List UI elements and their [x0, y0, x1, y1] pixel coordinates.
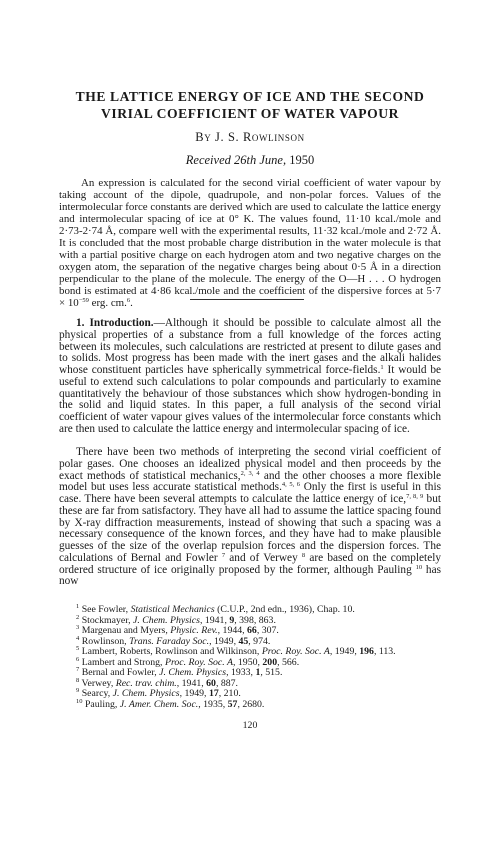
- footnote-authors: See Fowler,: [82, 604, 131, 615]
- footnote-pages: , 307.: [257, 625, 279, 636]
- footnote-year: , 1949,: [180, 688, 209, 699]
- footnote-authors: Lambert and Strong,: [82, 657, 165, 668]
- footnote-year: , 1949,: [330, 646, 359, 657]
- footnote-authors: Searcy,: [82, 688, 113, 699]
- received-label: Received 26th June,: [186, 153, 286, 167]
- footnote-number: 6: [76, 656, 79, 663]
- abstract-exponent: −59: [79, 297, 89, 304]
- page-number: 120: [0, 720, 500, 731]
- footnote-year: , 1935,: [198, 699, 227, 710]
- footnote-source: J. Chem. Physics: [159, 667, 226, 678]
- footnote-authors: Rowlinson,: [82, 636, 129, 647]
- footnote-number: 5: [76, 645, 79, 652]
- article-title-line-2: VIRIAL COEFFICIENT OF WATER VAPOUR: [101, 106, 399, 121]
- footnote-volume: 66: [247, 625, 257, 636]
- footnote-year: (C.U.P., 2nd edn., 1936), Chap. 10.: [215, 604, 355, 615]
- received-year: 1950: [289, 153, 314, 167]
- footnote-pages: , 566.: [277, 657, 299, 668]
- reference-marker: 4, 5, 6: [282, 481, 300, 488]
- footnotes-list: 1 See Fowler, Statistical Mechanics (C.U…: [59, 605, 441, 710]
- footnote-year: , 1941,: [177, 678, 206, 689]
- footnote-year: , 1949,: [209, 636, 238, 647]
- article-title: THE LATTICE ENERGY OF ICE AND THE SECOND…: [40, 88, 460, 122]
- footnote-number: 2: [76, 614, 79, 621]
- footnote-number: 1: [76, 603, 79, 610]
- footnote-year: , 1950,: [233, 657, 262, 668]
- footnote-volume: 200: [262, 657, 277, 668]
- author-byline: By J. S. Rowlinson: [40, 130, 460, 145]
- footnote-pages: , 887.: [216, 678, 238, 689]
- footnote-year: , 1941,: [200, 615, 229, 626]
- reference-marker: 7, 8, 9: [406, 493, 423, 500]
- body-paragraph-2: There have been two methods of interpret…: [59, 447, 441, 588]
- footnote-number: 3: [76, 624, 79, 631]
- footnote-volume: 45: [238, 636, 248, 647]
- article-title-line-1: THE LATTICE ENERGY OF ICE AND THE SECOND: [76, 89, 425, 104]
- footnote-authors: Stockmayer,: [82, 615, 133, 626]
- footnote-source: Proc. Roy. Soc. A: [165, 657, 233, 668]
- footnote-number: 9: [76, 687, 79, 694]
- section-divider: [190, 299, 304, 300]
- body-paragraph-1: 1. Introduction.—Although it should be p…: [59, 318, 441, 436]
- footnote-year: , 1933,: [226, 667, 255, 678]
- footnote-authors: Verwey,: [82, 678, 116, 689]
- journal-page: THE LATTICE ENERGY OF ICE AND THE SECOND…: [0, 0, 500, 841]
- footnote-source: J. Chem. Physics: [113, 688, 180, 699]
- footnote-volume: 60: [206, 678, 216, 689]
- footnote-source: Rec. trav. chim.: [116, 678, 177, 689]
- received-date: Received 26th June, 1950: [40, 153, 460, 168]
- footnote-authors: Margenau and Myers,: [82, 625, 171, 636]
- paragraph-text: and of Verwey: [225, 552, 302, 564]
- footnote-pages: , 515.: [260, 667, 282, 678]
- footnote-number: 10: [76, 698, 83, 705]
- footnote-source: Proc. Roy. Soc. A: [262, 646, 330, 657]
- footnote-source: Physic. Rev.: [170, 625, 217, 636]
- footnote-year: , 1944,: [218, 625, 247, 636]
- footnote-pages: , 2680.: [237, 699, 264, 710]
- footnote-authors: Lambert, Roberts, Rowlinson and Wilkinso…: [82, 646, 262, 657]
- footnote-authors: Pauling,: [85, 699, 120, 710]
- footnote-pages: , 210.: [219, 688, 241, 699]
- footnote-source: J. Chem. Physics: [133, 615, 200, 626]
- footnote-item: 10 Pauling, J. Amer. Chem. Soc., 1935, 5…: [59, 700, 441, 711]
- footnote-number: 4: [76, 635, 79, 642]
- footnote-source: Trans. Faraday Soc.: [129, 636, 209, 647]
- footnote-pages: , 398, 863.: [234, 615, 276, 626]
- footnote-pages: , 974.: [248, 636, 270, 647]
- footnote-volume: 57: [228, 699, 238, 710]
- footnote-number: 7: [76, 666, 79, 673]
- reference-marker: 2, 3, 4: [241, 470, 260, 477]
- abstract-tail: erg. cm.: [89, 297, 127, 309]
- footnote-number: 8: [76, 677, 79, 684]
- footnote-source: J. Amer. Chem. Soc.: [120, 699, 198, 710]
- footnote-volume: 17: [209, 688, 219, 699]
- footnote-authors: Bernal and Fowler,: [82, 667, 159, 678]
- abstract-text: An expression is calculated for the seco…: [59, 177, 441, 309]
- abstract-end: .: [130, 297, 133, 309]
- abstract: An expression is calculated for the seco…: [59, 177, 441, 310]
- footnote-pages: , 113.: [374, 646, 396, 657]
- footnote-volume: 196: [359, 646, 374, 657]
- section-heading: 1. Introduction.: [76, 317, 154, 329]
- footnote-source: Statistical Mechanics: [131, 604, 215, 615]
